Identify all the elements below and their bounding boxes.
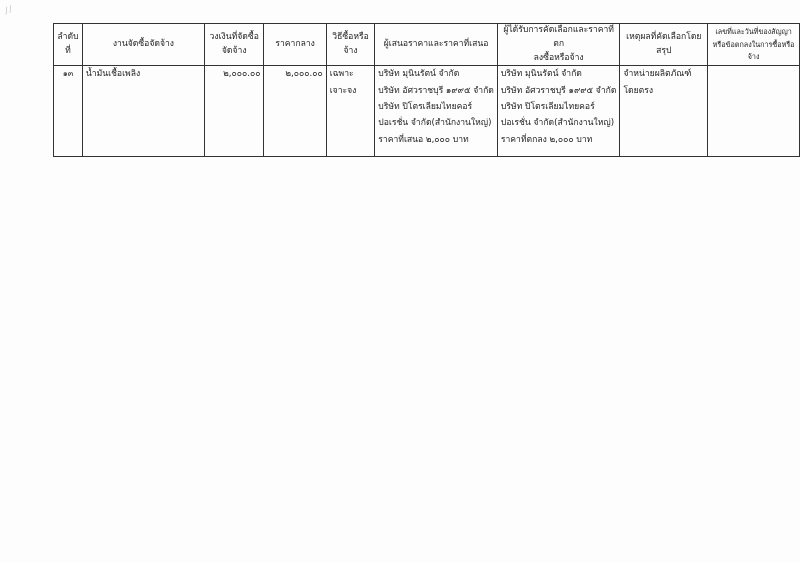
header-contract: เลขที่และวันที่ของสัญญา หรือข้อตกลงในการ… [708, 24, 800, 66]
cell-reason: จำหน่ายผลิตภัณฑ์โดยตรง [620, 66, 708, 157]
header-reason: เหตุผลที่คัดเลือกโดยสรุป [620, 24, 708, 66]
cell-winner: บริษัท มุนินรัตน์ จำกัด บริษัท อัศวราชบุ… [497, 66, 620, 157]
header-method: วิธีซื้อหรือจ้าง [326, 24, 375, 66]
cell-seq: ๑๓ [54, 66, 83, 157]
cell-item: น้ำมันเชื้อเพลิง [82, 66, 204, 157]
cell-method: เฉพาะเจาะจง [326, 66, 375, 157]
table-header-row: ลำดับที่ งานจัดซื้อจัดจ้าง วงเงินที่จัดซ… [54, 24, 800, 66]
table-row: ๑๓ น้ำมันเชื้อเพลิง ๒,๐๐๐.๐๐ ๒,๐๐๐.๐๐ เฉ… [54, 66, 800, 157]
header-budget: วงเงินที่จัดซื้อ จัดจ้าง [204, 24, 264, 66]
scan-artifact: ⁄ ⁄ [4, 5, 14, 17]
cell-budget: ๒,๐๐๐.๐๐ [204, 66, 264, 157]
header-bidders: ผู้เสนอราคาและราคาที่เสนอ [375, 24, 498, 66]
procurement-table: ลำดับที่ งานจัดซื้อจัดจ้าง วงเงินที่จัดซ… [53, 23, 800, 157]
header-seq: ลำดับที่ [54, 24, 83, 66]
cell-median-price: ๒,๐๐๐.๐๐ [264, 66, 326, 157]
cell-bidders: บริษัท มุนินรัตน์ จำกัด บริษัท อัศวราชบุ… [375, 66, 498, 157]
header-item: งานจัดซื้อจัดจ้าง [82, 24, 204, 66]
header-median-price: ราคากลาง [264, 24, 326, 66]
cell-contract [708, 66, 800, 157]
header-winner: ผู้ได้รับการคัดเลือกและราคาที่ตก ลงซื้อห… [497, 24, 620, 66]
